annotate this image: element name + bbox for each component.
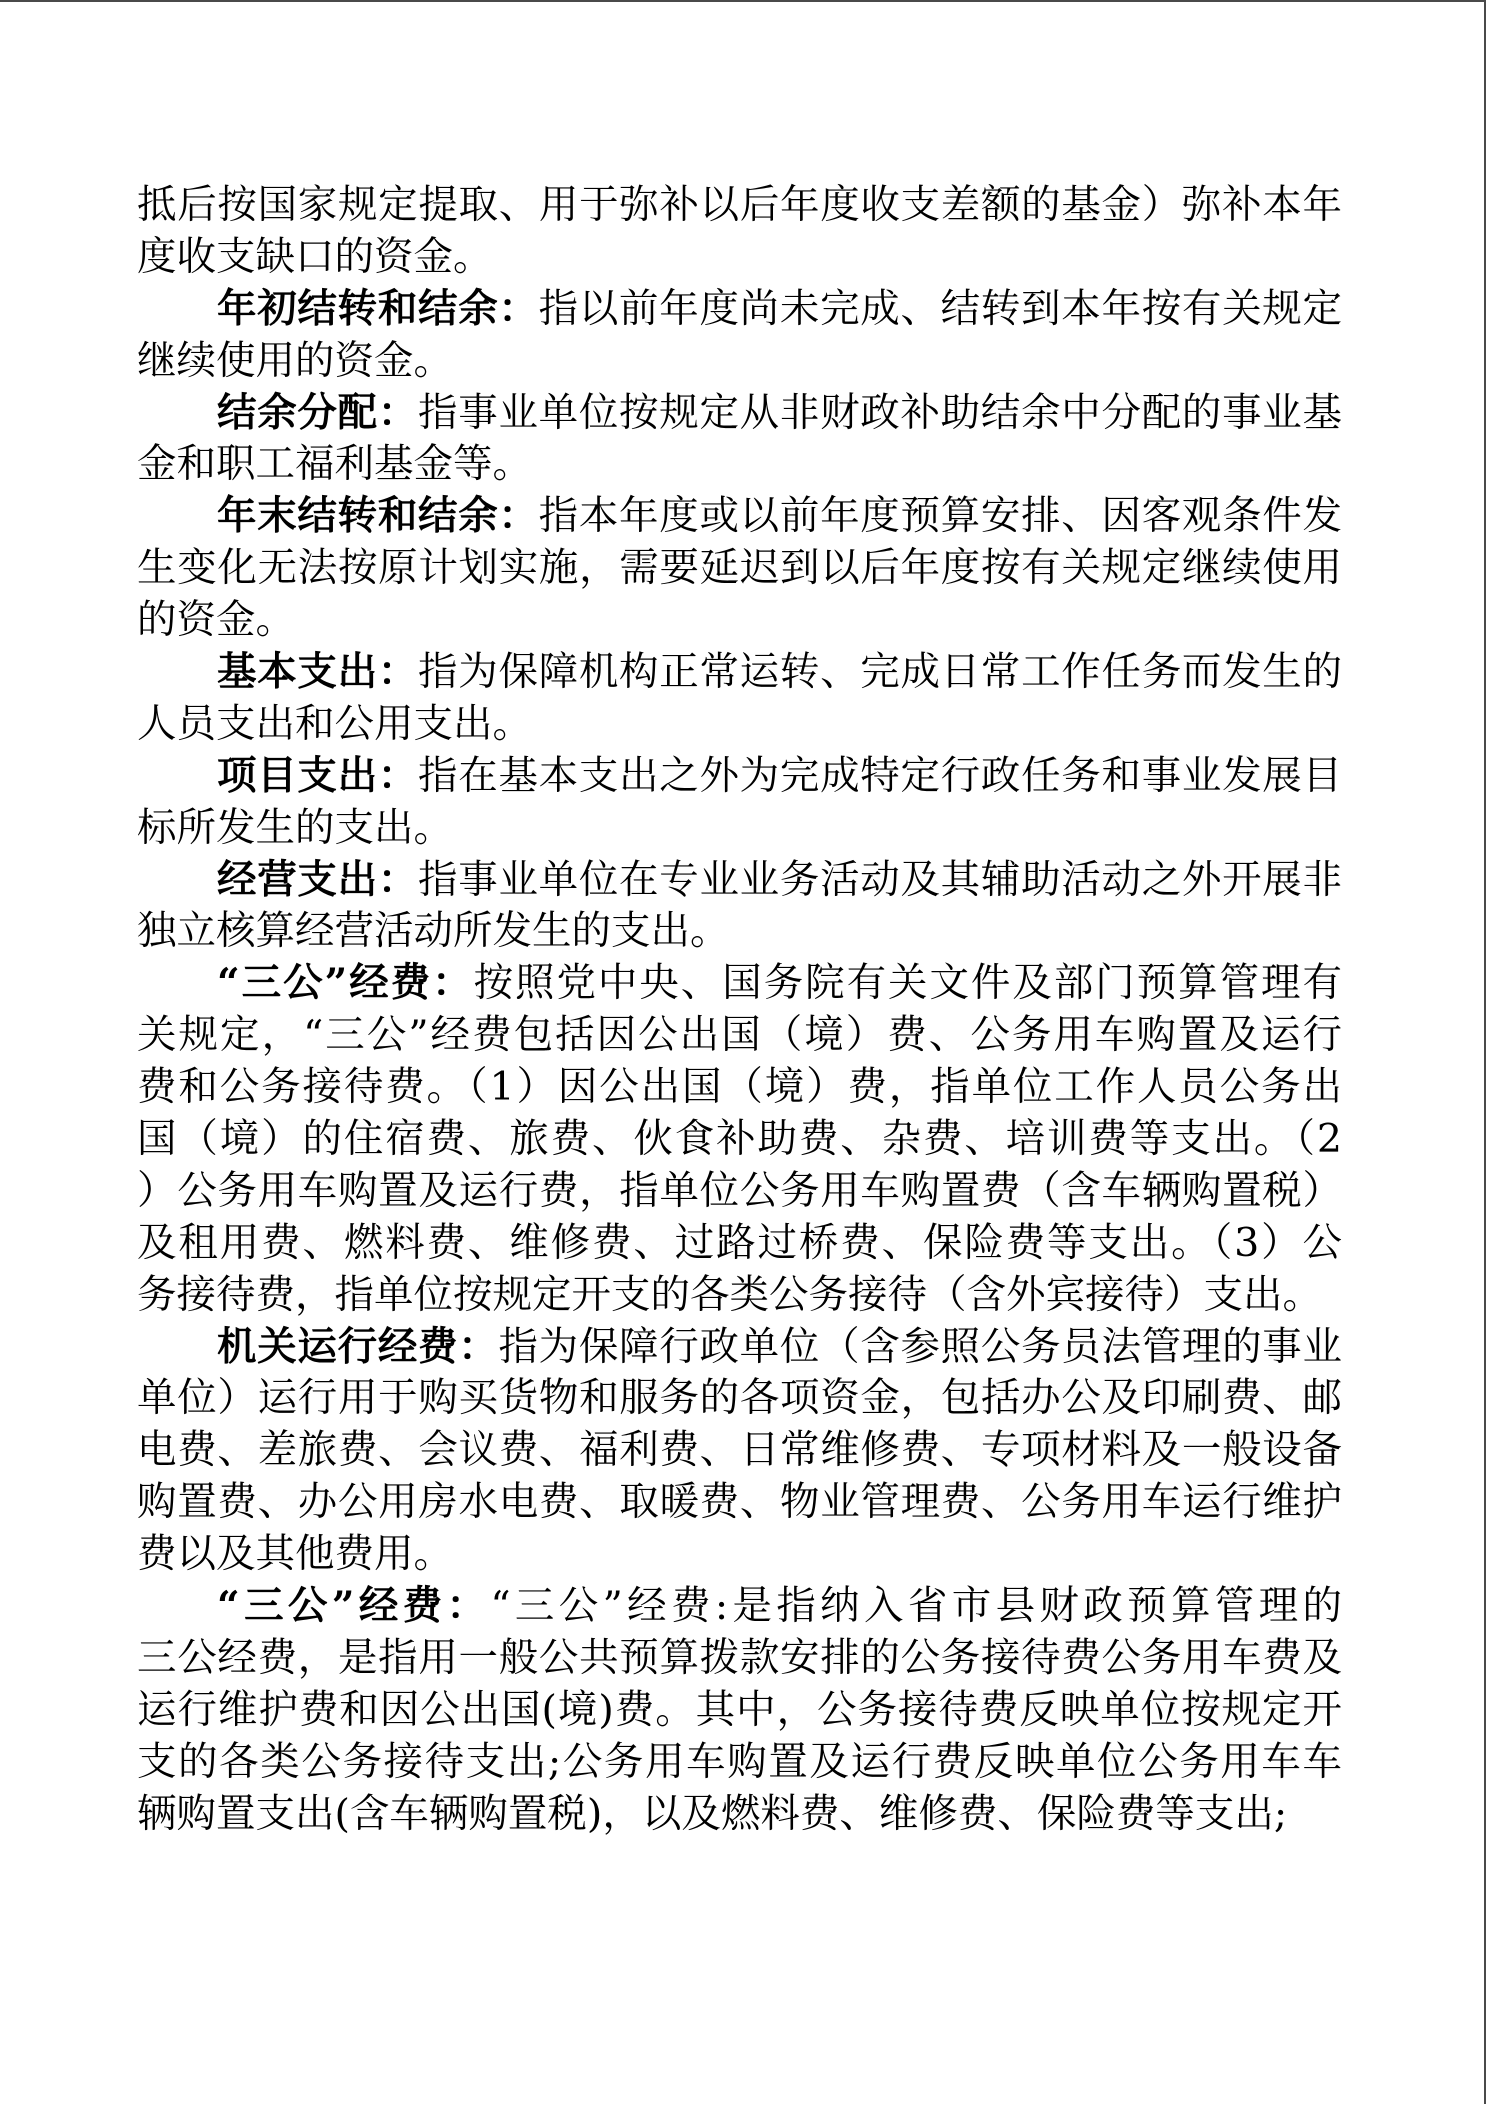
- term-label: 基本支出：: [217, 649, 418, 695]
- term-definition: 指事业单位按规定从非财政补助结余中分配的事业基: [418, 390, 1342, 436]
- text-line: 继续使用的资金。: [137, 336, 1342, 388]
- term-definition: 指为保障机构正常运转、完成日常工作任务而发生的: [418, 649, 1342, 695]
- paragraph-first-line: 结余分配：指事业单位按规定从非财政补助结余中分配的事业基: [137, 388, 1342, 440]
- text-line: 国（境）的住宿费、旅费、伙食补助费、杂费、培训费等支出。（2: [137, 1114, 1342, 1166]
- text-line: 金和职工福利基金等。: [137, 439, 1342, 491]
- text-line: 支的各类公务接待支出;公务用车购置及运行费反映单位公务用车车: [137, 1737, 1342, 1789]
- text-line: 费以及其他费用。: [137, 1529, 1342, 1581]
- document-page: 抵后按国家规定提取、用于弥补以后年度收支差额的基金）弥补本年 度收支缺口的资金。…: [0, 0, 1486, 2104]
- text-line: 生变化无法按原计划实施，需要延迟到以后年度按有关规定继续使用: [137, 543, 1342, 595]
- text-line: 务接待费，指单位按规定开支的各类公务接待（含外宾接待）支出。: [137, 1270, 1342, 1322]
- paragraph-first-line: 经营支出：指事业单位在专业业务活动及其辅助活动之外开展非: [137, 855, 1342, 907]
- term-definition: 指本年度或以前年度预算安排、因客观条件发: [539, 493, 1342, 539]
- text-line: 抵后按国家规定提取、用于弥补以后年度收支差额的基金）弥补本年: [137, 180, 1342, 232]
- paragraph-first-line: 基本支出：指为保障机构正常运转、完成日常工作任务而发生的: [137, 647, 1342, 699]
- text-line: 电费、差旅费、会议费、福利费、日常维修费、专项材料及一般设备: [137, 1425, 1342, 1477]
- term-label: 经营支出：: [217, 857, 418, 903]
- paragraph-first-line: “三公”经费：“三公”经费:是指纳入省市县财政预算管理的: [137, 1581, 1342, 1633]
- term-label: “三公”经费：: [217, 1583, 490, 1629]
- text-line: 标所发生的支出。: [137, 803, 1342, 855]
- text-line: 独立核算经营活动所发生的支出。: [137, 906, 1342, 958]
- term-definition: 按照党中央、国务院有关文件及部门预算管理有: [474, 960, 1342, 1006]
- text-line: 人员支出和公用支出。: [137, 699, 1342, 751]
- text-line: 辆购置支出(含车辆购置税)，以及燃料费、维修费、保险费等支出;: [137, 1789, 1342, 1841]
- paragraph-first-line: 项目支出：指在基本支出之外为完成特定行政任务和事业发展目: [137, 751, 1342, 803]
- text-line: 运行维护费和因公出国(境)费。其中，公务接待费反映单位按规定开: [137, 1685, 1342, 1737]
- term-label: 机关运行经费：: [217, 1324, 498, 1370]
- term-label: 年末结转和结余：: [217, 493, 539, 539]
- term-definition: 指以前年度尚未完成、结转到本年按有关规定: [539, 286, 1342, 332]
- paragraph-first-line: 年末结转和结余：指本年度或以前年度预算安排、因客观条件发: [137, 491, 1342, 543]
- text-line: 三公经费，是指用一般公共预算拨款安排的公务接待费公务用车费及: [137, 1633, 1342, 1685]
- document-body: 抵后按国家规定提取、用于弥补以后年度收支差额的基金）弥补本年 度收支缺口的资金。…: [137, 180, 1342, 1841]
- paragraph-first-line: “三公”经费：按照党中央、国务院有关文件及部门预算管理有: [137, 958, 1342, 1010]
- paragraph-first-line: 机关运行经费：指为保障行政单位（含参照公务员法管理的事业: [137, 1322, 1342, 1374]
- term-definition: 指事业单位在专业业务活动及其辅助活动之外开展非: [418, 857, 1342, 903]
- text-line: 购置费、办公用房水电费、取暖费、物业管理费、公务用车运行维护: [137, 1477, 1342, 1529]
- term-definition: 指在基本支出之外为完成特定行政任务和事业发展目: [418, 753, 1342, 799]
- term-label: “三公”经费：: [217, 960, 474, 1006]
- term-definition: “三公”经费:是指纳入省市县财政预算管理的: [490, 1583, 1342, 1629]
- paragraph-first-line: 年初结转和结余：指以前年度尚未完成、结转到本年按有关规定: [137, 284, 1342, 336]
- text-line: ）公务用车购置及运行费，指单位公务用车购置费（含车辆购置税）: [137, 1166, 1342, 1218]
- term-definition: 指为保障行政单位（含参照公务员法管理的事业: [498, 1324, 1342, 1370]
- text-line: 的资金。: [137, 595, 1342, 647]
- text-line: 单位）运行用于购买货物和服务的各项资金，包括办公及印刷费、邮: [137, 1373, 1342, 1425]
- text-line: 关规定，“三公”经费包括因公出国（境）费、公务用车购置及运行: [137, 1010, 1342, 1062]
- term-label: 结余分配：: [217, 390, 418, 436]
- term-label: 项目支出：: [217, 753, 418, 799]
- text-line: 及租用费、燃料费、维修费、过路过桥费、保险费等支出。（3）公: [137, 1218, 1342, 1270]
- text-line: 费和公务接待费。（1）因公出国（境）费，指单位工作人员公务出: [137, 1062, 1342, 1114]
- text-line: 度收支缺口的资金。: [137, 232, 1342, 284]
- term-label: 年初结转和结余：: [217, 286, 539, 332]
